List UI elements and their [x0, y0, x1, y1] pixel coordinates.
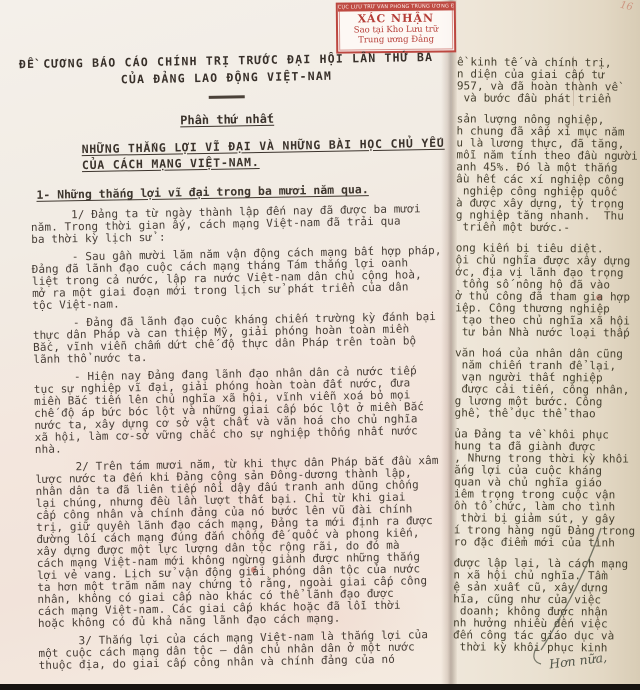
stamp-title: XÁC NHẬN	[338, 11, 454, 25]
stamp-subtitle-2: Trung ương Đảng	[338, 34, 454, 45]
section-title: NHỮNG THẮNG LỢI VĨ ĐẠI VÀ NHỮNG BÀI HỌC …	[81, 135, 454, 173]
text-fragment: văn hoá của nhân dân cũng năm chiến tran…	[455, 347, 640, 420]
document-photo: CỤC LƯU TRỮ VĂN PHÒNG TRUNG ƯƠNG ĐẢNG XÁ…	[0, 0, 640, 690]
paragraph: 1/ Đảng ta từ ngày thành lập đến nay đã …	[31, 203, 456, 246]
typed-line: và bước đầu phát triển	[457, 92, 640, 105]
text-fragment: sản lượng nông nghiệp,h chung đã xấp xỉ …	[456, 113, 640, 234]
photo-bottom-edge	[0, 684, 640, 690]
right-page-content: ề kinh tế và chính trị,n diện của giai c…	[453, 47, 640, 654]
stamp-subtitle-1: Sao tại Kho Lưu trữ	[338, 24, 454, 35]
paragraph: - Đảng đã lãnh đạo cuộc kháng chiến trườ…	[33, 311, 458, 366]
paragraph: 2/ Trên tám mươi năm, từ khi thực dân Ph…	[35, 455, 462, 630]
page-number-pencil-mark: 16	[619, 0, 634, 13]
text-fragment: được lập lại, là cách mạngn xã hội chủ n…	[453, 557, 639, 654]
paragraph: 3/ Thắng lợi của cách mạng Việt-nam là t…	[38, 629, 463, 672]
part-heading: Phần thứ nhất	[1, 109, 453, 131]
paragraph: - Sau gần mười lăm năm vận động cách mạn…	[31, 245, 456, 312]
text-fragment: ề kinh tế và chính trị,n diện của giai c…	[457, 56, 640, 105]
typed-line: ro đặc điểm mới của tình	[454, 536, 639, 549]
typed-line: thời kỳ khôi phục kinh	[453, 641, 638, 654]
stamp-agency-line: CỤC LƯU TRỮ VĂN PHÒNG TRUNG ƯƠNG ĐẢNG	[338, 3, 454, 11]
title-rule	[209, 95, 245, 99]
text-fragment: ong kiến bị tiêu diệt.ội chủ nghĩa được …	[455, 242, 640, 339]
typed-line: tư bản Nhà nước loại thấp	[455, 326, 640, 339]
paragraph: - Hiện nay Đảng đang lãnh đạo nhân dân c…	[34, 365, 459, 456]
item-1-heading: 1- Những thắng lợi vĩ đại trong ba mươi …	[36, 181, 454, 202]
typed-line: triển một bước.-	[456, 221, 640, 234]
text-fragment: ủa Đảng ta về khôi phụchung ta đã giành …	[454, 428, 640, 549]
body-text-column: 1/ Đảng ta từ ngày thành lập đến nay đã …	[31, 203, 463, 672]
typed-line: ghề, thể dục thể thao	[455, 407, 640, 420]
left-page-content: ĐỀ CƯƠNG BÁO CÁO CHÍNH TRỊ TRƯỚC ĐẠI HỘI…	[0, 49, 463, 673]
certification-stamp: CỤC LƯU TRỮ VĂN PHÒNG TRUNG ƯƠNG ĐẢNG XÁ…	[336, 1, 457, 53]
